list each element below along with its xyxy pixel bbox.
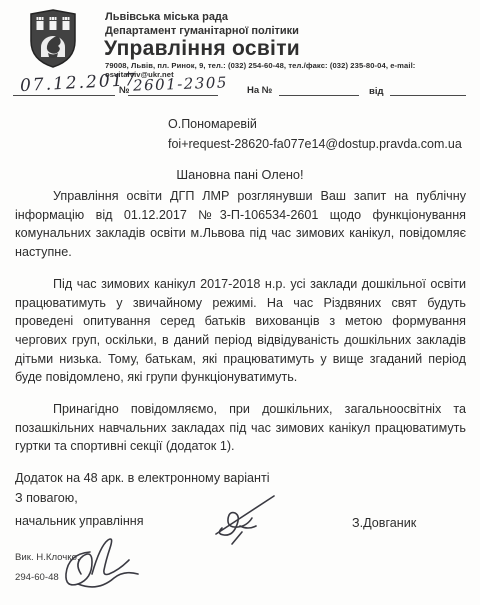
org-name: Управління освіти <box>104 37 300 61</box>
recipient-name: О.Пономаревій <box>168 117 257 131</box>
scanned-letter-page: Львівська міська рада Департамент гумані… <box>0 0 480 605</box>
from-date-underline <box>390 95 466 96</box>
handwritten-number: 2601-2305 <box>133 73 228 94</box>
executor-phone: 294-60-48 <box>15 572 59 583</box>
org-line2: Департамент гуманітарної політики <box>105 25 299 37</box>
incoming-number-underline <box>279 95 359 96</box>
signer-name: З.Довганик <box>352 516 416 530</box>
director-signature-icon <box>212 486 292 548</box>
body-paragraph-2: Під час зимових канікул 2017-2018 н.р. у… <box>15 275 466 387</box>
closing-regards: З повагою, <box>15 491 78 505</box>
date-underline <box>13 95 115 96</box>
lviv-coat-of-arms-icon <box>28 9 78 69</box>
number-underline <box>128 95 218 96</box>
salutation: Шановна пані Олено! <box>0 167 480 182</box>
signer-title: начальник управління <box>15 514 144 528</box>
from-date-label: від <box>369 86 384 97</box>
incoming-number-label: На № <box>247 85 272 96</box>
letter-body: Управління освіти ДГП ЛМР розглянувши Ва… <box>15 187 466 501</box>
recipient-email: foi+request-28620-fa077e14@dostup.pravda… <box>168 137 462 151</box>
body-paragraph-3: Принагідно повідомляємо, при дошкільних,… <box>15 400 466 456</box>
body-paragraph-1: Управління освіти ДГП ЛМР розглянувши Ва… <box>15 187 466 262</box>
org-line1: Львівська міська рада <box>105 11 228 23</box>
executor-signature-icon <box>60 532 160 594</box>
